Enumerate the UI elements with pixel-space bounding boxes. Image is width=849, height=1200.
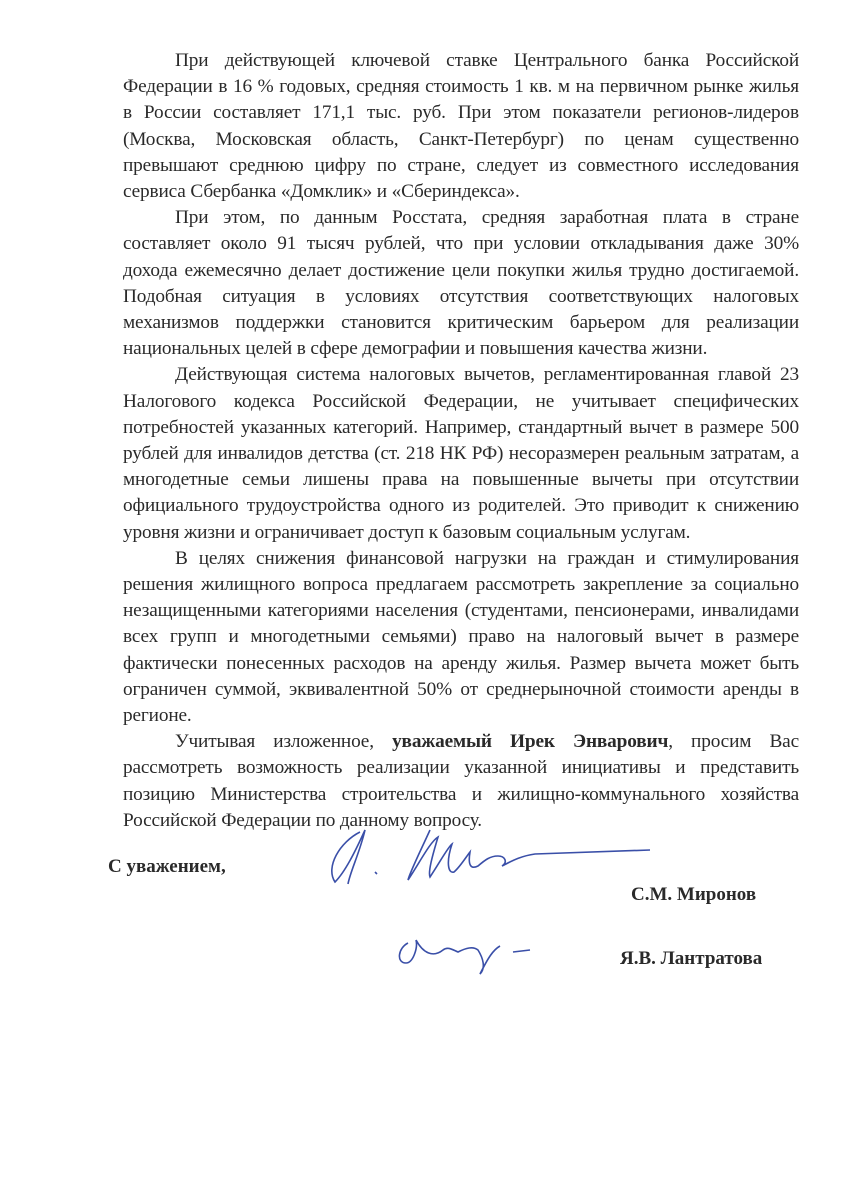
paragraph-key-rate: При действующей ключевой ставке Централь… <box>123 48 799 205</box>
signer-mironov: С.М. Миронов <box>631 884 756 906</box>
addressee-name: уважаемый Ирек Энварович <box>392 731 668 752</box>
paragraph-tax-deductions: Действующая система налоговых вычетов, р… <box>123 362 799 545</box>
paragraph-salary: При этом, по данным Росстата, средняя за… <box>123 205 799 362</box>
letter-body: При действующей ключевой ставке Централь… <box>123 48 799 834</box>
signature-mironov-icon <box>320 822 660 892</box>
request-intro: Учитывая изложенное, <box>175 731 392 752</box>
signature-lantratova-icon <box>388 928 548 978</box>
closing-salutation: С уважением, <box>108 856 226 878</box>
signer-lantratova: Я.В. Лантратова <box>620 948 762 970</box>
paragraph-proposal: В целях снижения финансовой нагрузки на … <box>123 546 799 729</box>
paragraph-request: Учитывая изложенное, уважаемый Ирек Энва… <box>123 729 799 834</box>
